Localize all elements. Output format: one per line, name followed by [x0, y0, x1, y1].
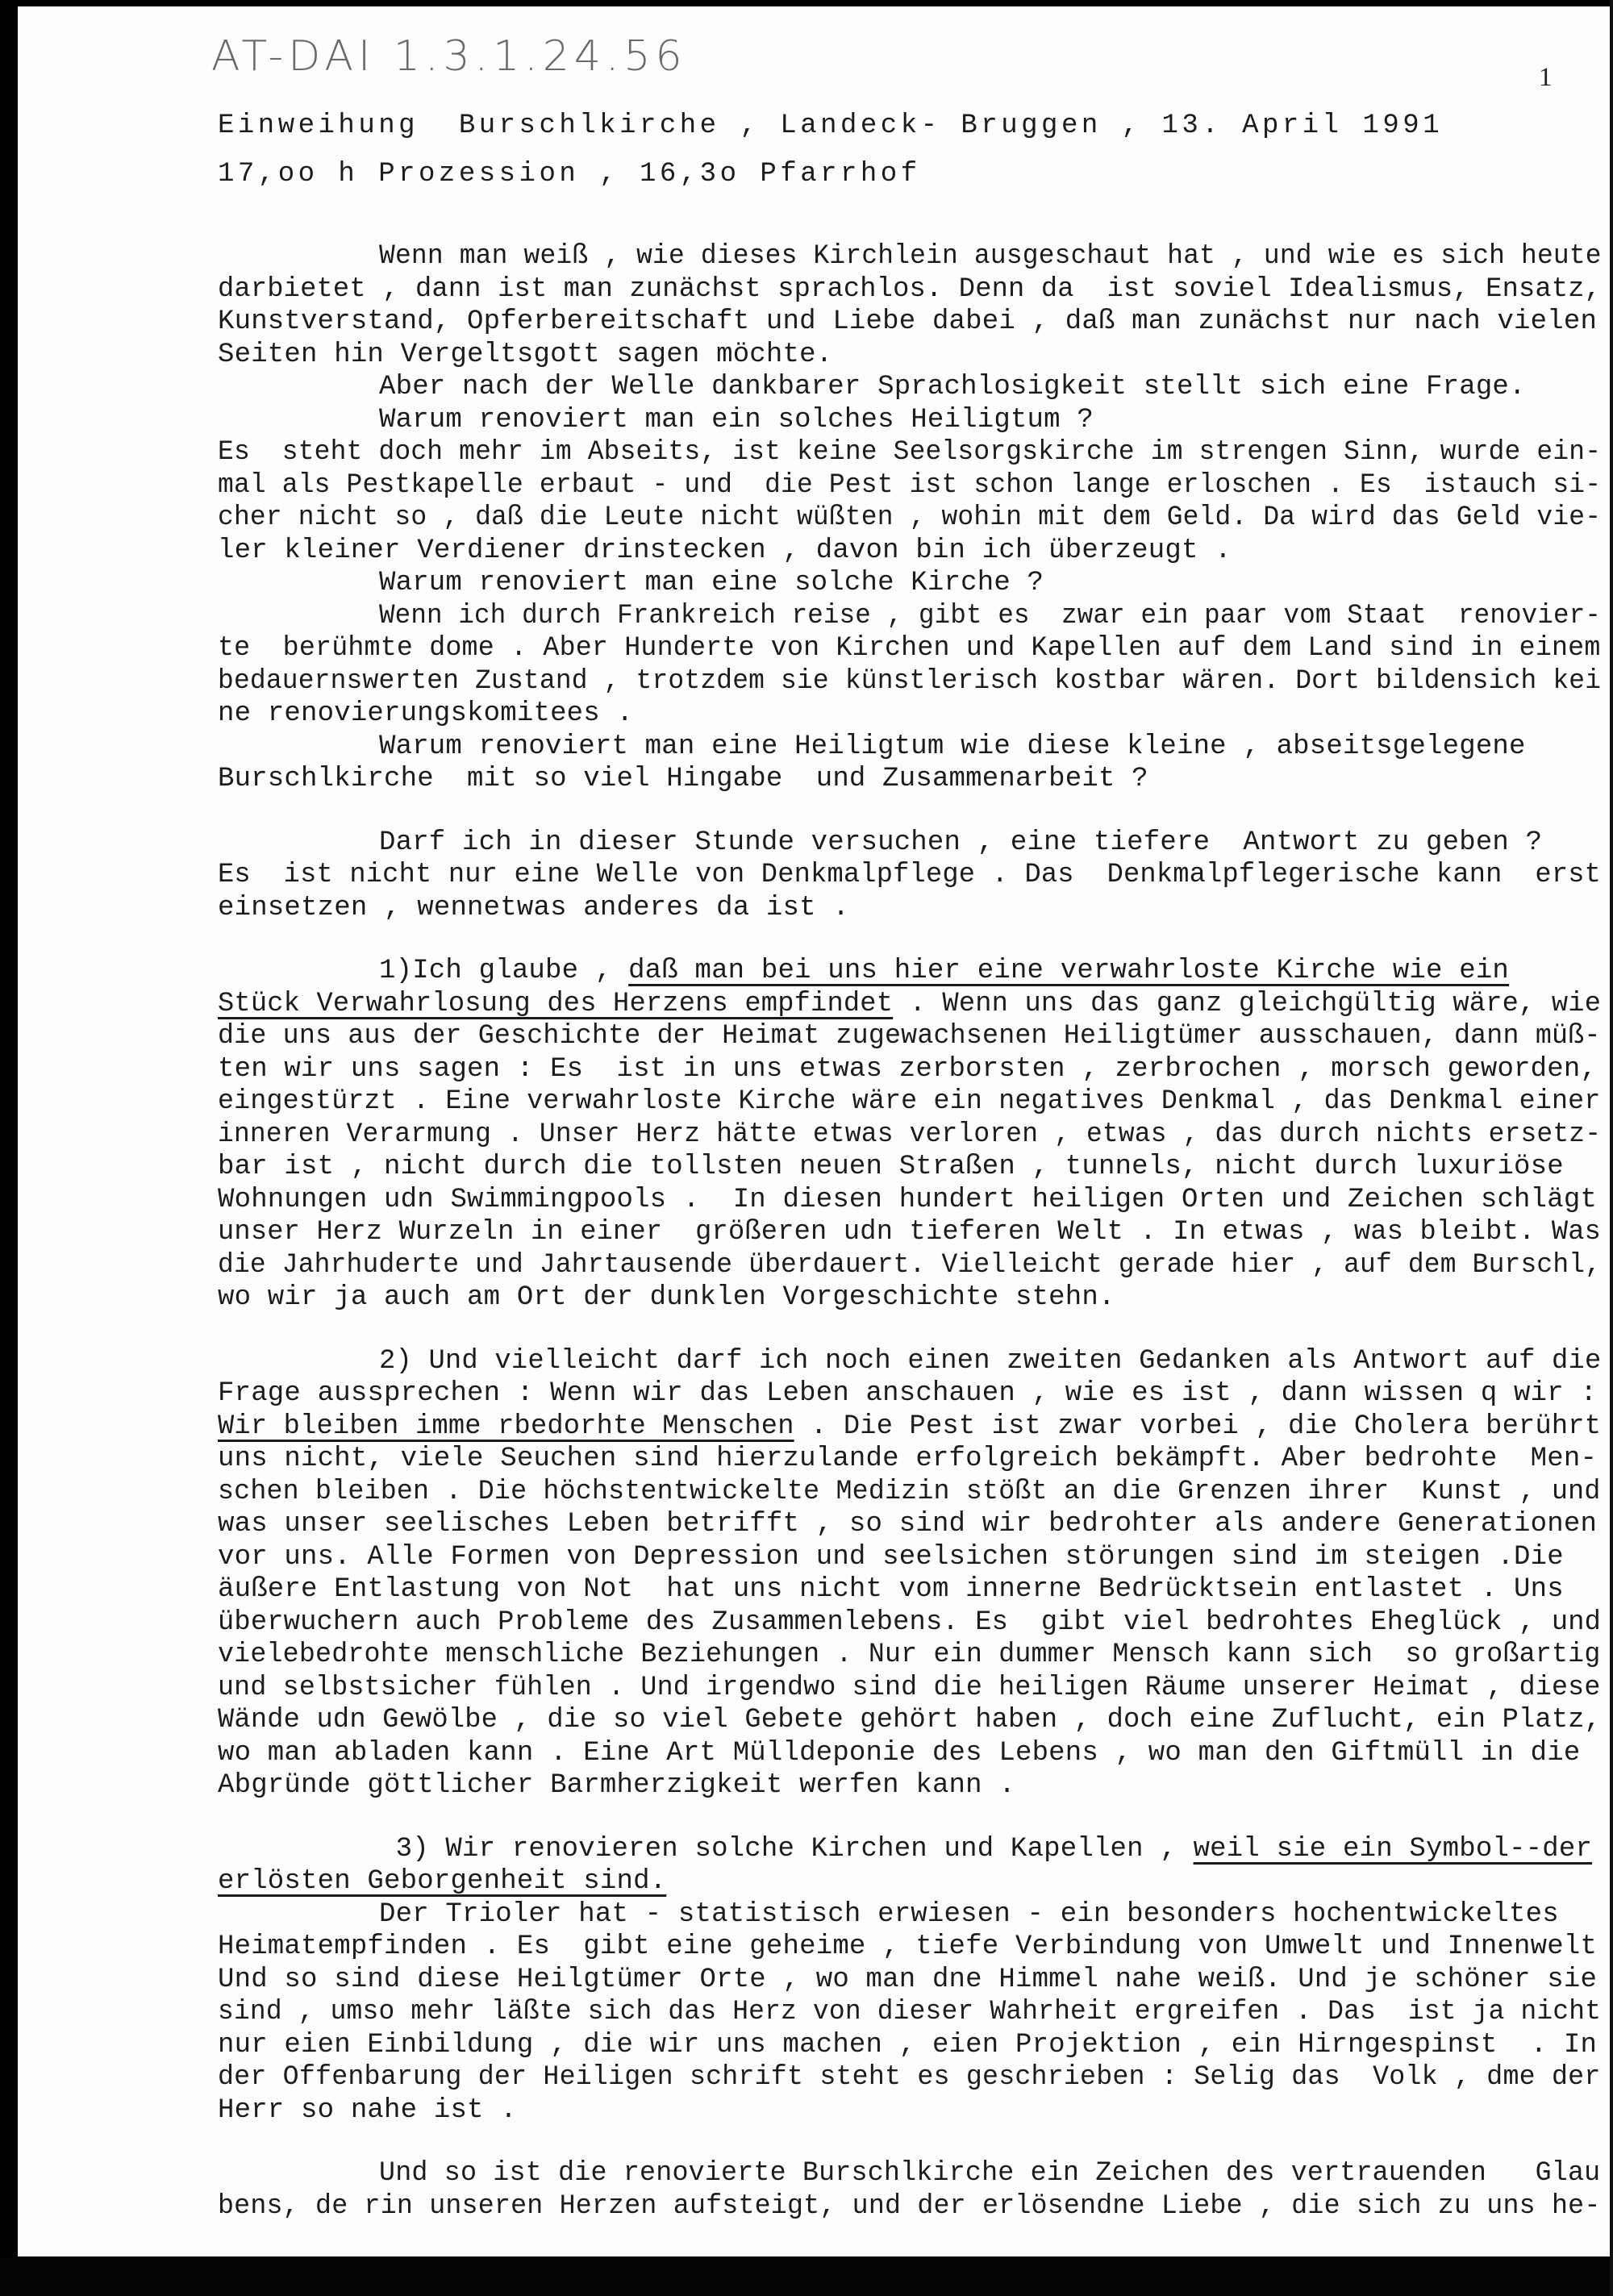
- line-text: bar ist , nicht durch die tollsten neuen…: [218, 1152, 1564, 1182]
- underlined-text: weil sie ein Symbol--der: [1194, 1834, 1592, 1865]
- text-line: äußere Entlastung von Not hat uns nicht …: [218, 1573, 1564, 1606]
- text-line: inneren Verarmung . Unser Herz hätte etw…: [218, 1119, 1601, 1151]
- line-text: 1)Ich glaube ,: [379, 956, 628, 986]
- line-text: bedauernswerten Zustand , trotzdem sie k…: [218, 666, 1601, 697]
- text-line: unser Herz Wurzeln in einer größeren udn…: [218, 1216, 1601, 1248]
- text-line: Stück Verwahrlosung des Herzens empfinde…: [218, 988, 1601, 1020]
- line-text: 3) Wir renovieren solche Kirchen und Kap…: [379, 1834, 1194, 1865]
- text-line: 2) Und vielleicht darf ich noch einen zw…: [379, 1345, 1602, 1377]
- text-line: Und so ist die renovierte Burschlkirche …: [379, 2157, 1600, 2190]
- line-text: . Die Pest ist zwar vorbei , die Cholera…: [794, 1411, 1601, 1442]
- text-line: Abgründe göttlicher Barmherzigkeit werfe…: [218, 1769, 1015, 1802]
- text-line: nur eien Einbildung , die wir uns machen…: [218, 2029, 1597, 2061]
- line-text: einsetzen , wennetwas anderes da ist .: [218, 893, 849, 923]
- text-line: Heimatempfinden . Es gibt eine geheime ,…: [218, 1931, 1597, 1963]
- underlined-text: erlösten Geborgenheit sind.: [218, 1866, 666, 1897]
- text-line: Herr so nahe ist .: [218, 2094, 517, 2127]
- text-line: vielebedrohte menschliche Beziehungen . …: [218, 1639, 1601, 1671]
- text-line: Kunstverstand, Opferbereitschaft und Lie…: [218, 306, 1597, 338]
- line-text: Wenn man weiß , wie dieses Kirchlein aus…: [379, 241, 1602, 272]
- line-text: die uns aus der Geschichte der Heimat zu…: [218, 1021, 1601, 1052]
- text-line: cher nicht so , daß die Leute nicht wüßt…: [218, 502, 1601, 534]
- text-line: die Jahrhuderte und Jahrtausende überdau…: [218, 1249, 1601, 1281]
- text-line: mal als Pestkapelle erbaut - und die Pes…: [218, 469, 1601, 502]
- text-line: Seiten hin Vergeltsgott sagen möchte.: [218, 339, 832, 371]
- archive-signature: AT-DAI 1.3.1.24.56: [211, 32, 687, 81]
- text-line: Es ist nicht nur eine Welle von Denkmalp…: [218, 859, 1601, 891]
- line-text: sind , umso mehr läßte sich das Herz von…: [218, 1997, 1601, 2027]
- text-line: Burschlkirche mit so viel Hingabe und Zu…: [218, 763, 1148, 795]
- text-line: vor uns. Alle Formen von Depression und …: [218, 1541, 1564, 1573]
- scan-border-right: [1610, 0, 1613, 2296]
- line-text: bens, de rin unseren Herzen aufsteigt, u…: [218, 2191, 1601, 2222]
- line-text: . Wenn uns das ganz gleichgültig wäre, w…: [893, 989, 1601, 1019]
- text-line: die uns aus der Geschichte der Heimat zu…: [218, 1020, 1601, 1052]
- line-text: eingestürzt . Eine verwahrloste Kirche w…: [218, 1086, 1601, 1117]
- line-text: Heimatempfinden . Es gibt eine geheime ,…: [218, 1931, 1597, 1962]
- text-line: Wenn man weiß , wie dieses Kirchlein aus…: [379, 240, 1602, 273]
- line-text: ne renovierungskomitees .: [218, 698, 633, 729]
- text-line: Aber nach der Welle dankbarer Sprachlosi…: [379, 371, 1526, 403]
- line-text: Seiten hin Vergeltsgott sagen möchte.: [218, 340, 832, 370]
- scan-border-bottom: [0, 2258, 1613, 2296]
- text-line: überwuchern auch Probleme des Zusammenle…: [218, 1606, 1601, 1639]
- text-line: ler kleiner Verdiener drinstecken , davo…: [218, 535, 1232, 567]
- text-line: darbietet , dann ist man zunächst sprach…: [218, 273, 1601, 306]
- text-line: erlösten Geborgenheit sind.: [218, 1865, 666, 1898]
- line-text: wo wir ja auch am Ort der dunklen Vorges…: [218, 1282, 1115, 1313]
- line-text: Frage aussprechen : Wenn wir das Leben a…: [218, 1378, 1597, 1409]
- text-line: Warum renoviert man eine Heiligtum wie d…: [379, 731, 1526, 763]
- text-line: Warum renoviert man ein solches Heiligtu…: [379, 404, 1094, 436]
- text-line: wo man abladen kann . Eine Art Mülldepon…: [218, 1737, 1580, 1769]
- header-line-event: Einweihung Burschlkirche , Landeck- Brug…: [218, 110, 1443, 142]
- line-text: unser Herz Wurzeln in einer größeren udn…: [218, 1217, 1601, 1248]
- text-line: einsetzen , wennetwas anderes da ist .: [218, 892, 849, 924]
- line-text: Der Trioler hat - statistisch erwiesen -…: [379, 1899, 1559, 1930]
- underlined-text: daß man bei uns hier eine verwahrloste K…: [628, 956, 1509, 986]
- text-line: Darf ich in dieser Stunde versuchen , ei…: [379, 827, 1542, 859]
- line-text: Abgründe göttlicher Barmherzigkeit werfe…: [218, 1770, 1015, 1801]
- text-line: Und so sind diese Heilgtümer Orte , wo m…: [218, 1964, 1597, 1996]
- line-text: Und so sind diese Heilgtümer Orte , wo m…: [218, 1965, 1597, 1995]
- text-line: Warum renoviert man eine solche Kirche ?: [379, 567, 1044, 599]
- line-text: darbietet , dann ist man zunächst sprach…: [218, 274, 1601, 305]
- line-text: Warum renoviert man eine solche Kirche ?: [379, 568, 1044, 598]
- line-text: überwuchern auch Probleme des Zusammenle…: [218, 1607, 1601, 1638]
- text-line: Der Trioler hat - statistisch erwiesen -…: [379, 1898, 1559, 1931]
- text-line: ne renovierungskomitees .: [218, 698, 633, 730]
- text-line: 1)Ich glaube , daß man bei uns hier eine…: [379, 955, 1509, 987]
- line-text: Aber nach der Welle dankbarer Sprachlosi…: [379, 372, 1526, 402]
- line-text: uns nicht, viele Seuchen sind hierzuland…: [218, 1444, 1597, 1474]
- line-text: Wenn ich durch Frankreich reise , gibt e…: [379, 601, 1601, 631]
- line-text: und selbstsicher fühlen . Und irgendwo s…: [218, 1673, 1601, 1703]
- text-line: Wände udn Gewölbe , die so viel Gebete g…: [218, 1704, 1601, 1736]
- header-line-schedule: 17,oo h Prozession , 16,3o Pfarrhof: [218, 158, 921, 190]
- page-number: 1: [1539, 63, 1553, 93]
- line-text: Burschlkirche mit so viel Hingabe und Zu…: [218, 764, 1148, 794]
- text-line: bar ist , nicht durch die tollsten neuen…: [218, 1151, 1564, 1183]
- line-text: äußere Entlastung von Not hat uns nicht …: [218, 1574, 1564, 1605]
- line-text: Darf ich in dieser Stunde versuchen , ei…: [379, 827, 1542, 858]
- line-text: Kunstverstand, Opferbereitschaft und Lie…: [218, 306, 1597, 337]
- line-text: vor uns. Alle Formen von Depression und …: [218, 1542, 1564, 1573]
- text-line: Wenn ich durch Frankreich reise , gibt e…: [379, 600, 1601, 632]
- text-line: 3) Wir renovieren solche Kirchen und Kap…: [379, 1833, 1592, 1865]
- text-line: Wohnungen udn Swimmingpools . In diesen …: [218, 1184, 1597, 1216]
- line-text: ten wir uns sagen : Es ist in uns etwas …: [218, 1054, 1597, 1085]
- underlined-text: Wir bleiben imme rbedorhte Menschen: [218, 1411, 794, 1442]
- line-text: die Jahrhuderte und Jahrtausende überdau…: [218, 1250, 1601, 1281]
- line-text: nur eien Einbildung , die wir uns machen…: [218, 2030, 1597, 2061]
- line-text: der Offenbarung der Heiligen schrift ste…: [218, 2062, 1601, 2093]
- line-text: schen bleiben . Die höchstentwickelte Me…: [218, 1477, 1601, 1507]
- underlined-text: Stück Verwahrlosung des Herzens empfinde…: [218, 989, 893, 1019]
- text-line: Es steht doch mehr im Abseits, ist keine…: [218, 436, 1601, 469]
- line-text: Es ist nicht nur eine Welle von Denkmalp…: [218, 860, 1601, 890]
- line-text: inneren Verarmung . Unser Herz hätte etw…: [218, 1119, 1601, 1150]
- line-text: Und so ist die renovierte Burschlkirche …: [379, 2158, 1600, 2189]
- text-line: und selbstsicher fühlen . Und irgendwo s…: [218, 1672, 1601, 1704]
- line-text: vielebedrohte menschliche Beziehungen . …: [218, 1640, 1601, 1670]
- line-text: mal als Pestkapelle erbaut - und die Pes…: [218, 470, 1601, 501]
- line-text: wo man abladen kann . Eine Art Mülldepon…: [218, 1738, 1580, 1769]
- text-line: bens, de rin unseren Herzen aufsteigt, u…: [218, 2190, 1601, 2223]
- text-line: sind , umso mehr läßte sich das Herz von…: [218, 1996, 1601, 2028]
- line-text: Wände udn Gewölbe , die so viel Gebete g…: [218, 1705, 1601, 1736]
- line-text: Warum renoviert man ein solches Heiligtu…: [379, 405, 1094, 435]
- line-text: Herr so nahe ist .: [218, 2095, 517, 2126]
- line-text: 2) Und vielleicht darf ich noch einen zw…: [379, 1346, 1602, 1377]
- text-line: ten wir uns sagen : Es ist in uns etwas …: [218, 1053, 1597, 1085]
- text-line: Wir bleiben imme rbedorhte Menschen . Di…: [218, 1411, 1601, 1443]
- line-text: Warum renoviert man eine Heiligtum wie d…: [379, 731, 1526, 762]
- text-line: uns nicht, viele Seuchen sind hierzuland…: [218, 1443, 1597, 1475]
- text-line: eingestürzt . Eine verwahrloste Kirche w…: [218, 1085, 1601, 1118]
- text-line: te berühmte dome . Aber Hunderte von Kir…: [218, 632, 1601, 665]
- line-text: was unser seelisches Leben betrifft , so…: [218, 1509, 1597, 1540]
- line-text: Es steht doch mehr im Abseits, ist keine…: [218, 437, 1601, 468]
- text-line: wo wir ja auch am Ort der dunklen Vorges…: [218, 1281, 1115, 1314]
- text-line: was unser seelisches Leben betrifft , so…: [218, 1508, 1597, 1540]
- text-line: bedauernswerten Zustand , trotzdem sie k…: [218, 665, 1601, 698]
- text-line: der Offenbarung der Heiligen schrift ste…: [218, 2061, 1601, 2094]
- line-text: cher nicht so , daß die Leute nicht wüßt…: [218, 502, 1601, 533]
- line-text: Wohnungen udn Swimmingpools . In diesen …: [218, 1185, 1597, 1215]
- line-text: te berühmte dome . Aber Hunderte von Kir…: [218, 633, 1601, 664]
- text-line: Frage aussprechen : Wenn wir das Leben a…: [218, 1377, 1597, 1410]
- line-text: ler kleiner Verdiener drinstecken , davo…: [218, 535, 1232, 566]
- text-line: schen bleiben . Die höchstentwickelte Me…: [218, 1476, 1601, 1508]
